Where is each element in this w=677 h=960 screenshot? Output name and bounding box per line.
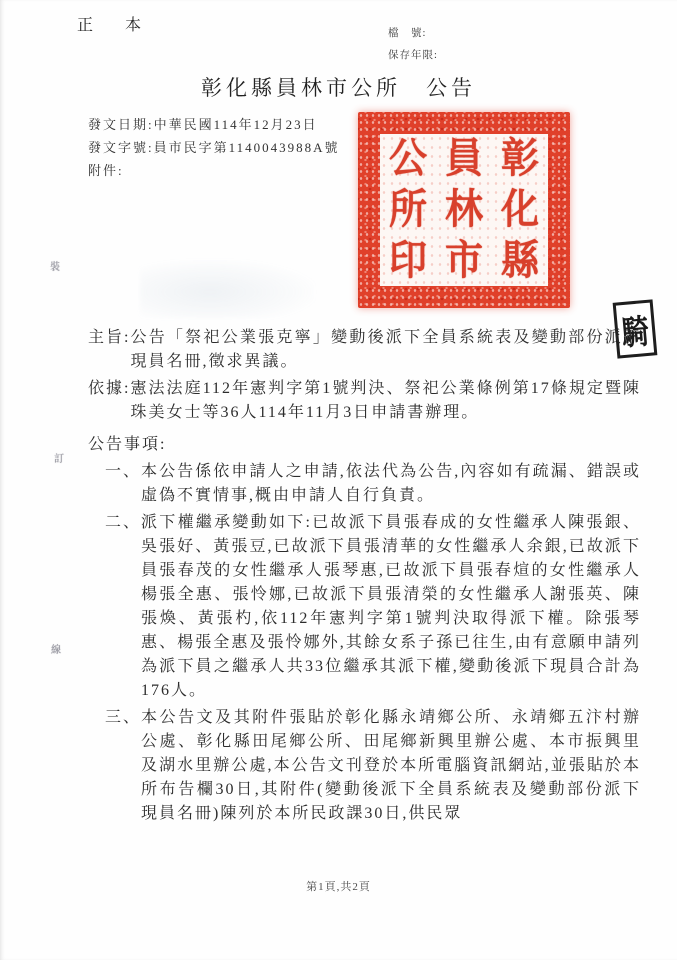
seal-character: 化 xyxy=(501,189,539,230)
basis-paragraph: 依據: 憲法法庭112年憲判字第1號判決、祭祀公業條例第17條規定暨陳珠美女士等… xyxy=(88,377,641,425)
subject-text: 公告「祭祀公業張克寧」變動後派下全員系統表及變動部份派下現員名冊,徵求異議。 xyxy=(130,326,641,374)
item-text: 派下權繼承變動如下:已故派下員張春成的女性繼承人陳張銀、吳張好、黃張豆,已故派下… xyxy=(141,511,641,703)
seal-character: 員 xyxy=(445,139,483,180)
basis-text: 憲法法庭112年憲判字第1號判決、祭祀公業條例第17條規定暨陳珠美女士等36人1… xyxy=(130,377,641,425)
seal-character: 市 xyxy=(445,240,483,281)
subject-paragraph: 主旨: 公告「祭祀公業張克寧」變動後派下全員系統表及變動部份派下現員名冊,徵求異… xyxy=(88,326,641,374)
binding-mark-ding: 訂 xyxy=(54,450,64,465)
basis-label: 依據: xyxy=(88,377,130,425)
file-reference-block: 檔 號: 保存年限: xyxy=(388,23,438,67)
announcement-items-header: 公告事項: xyxy=(88,433,641,457)
subject-label: 主旨: xyxy=(88,326,130,374)
issue-date-label: 發文日期: xyxy=(88,117,154,132)
item-text: 本公告文及其附件張貼於彰化縣永靖鄉公所、永靖鄉五汴村辦公處、彰化縣田尾鄉公所、田… xyxy=(141,706,641,826)
item-text: 本公告係依申請人之申請,依法代為公告,內容如有疏漏、錯誤或虛偽不實情事,概由申請… xyxy=(141,460,641,508)
seal-character: 印 xyxy=(389,240,427,281)
seal-character: 縣 xyxy=(501,240,539,281)
binding-mark-xian: 線 xyxy=(51,641,61,656)
file-number-label: 檔 號: xyxy=(388,23,438,45)
copy-type-label: 正 本 xyxy=(77,12,155,35)
page-number-footer: 第1頁,共2頁 xyxy=(0,878,677,894)
announcement-item-1: 一、 本公告係依申請人之申請,依法代為公告,內容如有疏漏、錯誤或虛偽不實情事,概… xyxy=(88,460,641,508)
item-number: 一、 xyxy=(105,460,141,508)
retention-period-label: 保存年限: xyxy=(388,45,438,67)
seal-character: 彰 xyxy=(501,139,539,180)
document-title: 彰化縣員林市公所 公告 xyxy=(0,72,677,102)
doc-number-line: 發文字號:員市民字第1140043988A號 xyxy=(88,136,340,159)
doc-number-label: 發文字號: xyxy=(88,140,154,155)
official-red-seal-face: 公 員 彰 所 林 化 印 市 縣 xyxy=(380,134,548,286)
announcement-item-3: 三、 本公告文及其附件張貼於彰化縣永靖鄉公所、永靖鄉五汴村辦公處、彰化縣田尾鄉公… xyxy=(88,706,641,826)
doc-number-value: 員市民字第1140043988A號 xyxy=(154,140,340,155)
faint-stamp-smudge xyxy=(140,260,315,318)
issue-date-line: 發文日期:中華民國114年12月23日 xyxy=(88,113,340,136)
issue-date-value: 中華民國114年12月23日 xyxy=(154,117,318,132)
announcement-item-2: 二、 派下權繼承變動如下:已故派下員張春成的女性繼承人陳張銀、吳張好、黃張豆,已… xyxy=(88,511,641,703)
announcement-body: 主旨: 公告「祭祀公業張克寧」變動後派下全員系統表及變動部份派下現員名冊,徵求異… xyxy=(88,326,641,826)
official-red-seal: 公 員 彰 所 林 化 印 市 縣 xyxy=(358,112,570,308)
attachment-label: 附件: xyxy=(88,163,124,178)
attachment-line: 附件: xyxy=(88,159,340,182)
seal-character: 林 xyxy=(445,189,483,230)
binding-mark-zhuang: 裝 xyxy=(50,258,60,273)
seal-character: 公 xyxy=(389,139,427,180)
seal-character: 所 xyxy=(389,189,427,230)
document-meta-block: 發文日期:中華民國114年12月23日 發文字號:員市民字第1140043988… xyxy=(88,113,340,182)
item-number: 二、 xyxy=(105,511,141,703)
document-page: 正 本 檔 號: 保存年限: 彰化縣員林市公所 公告 發文日期:中華民國114年… xyxy=(0,0,677,960)
item-number: 三、 xyxy=(105,706,141,826)
